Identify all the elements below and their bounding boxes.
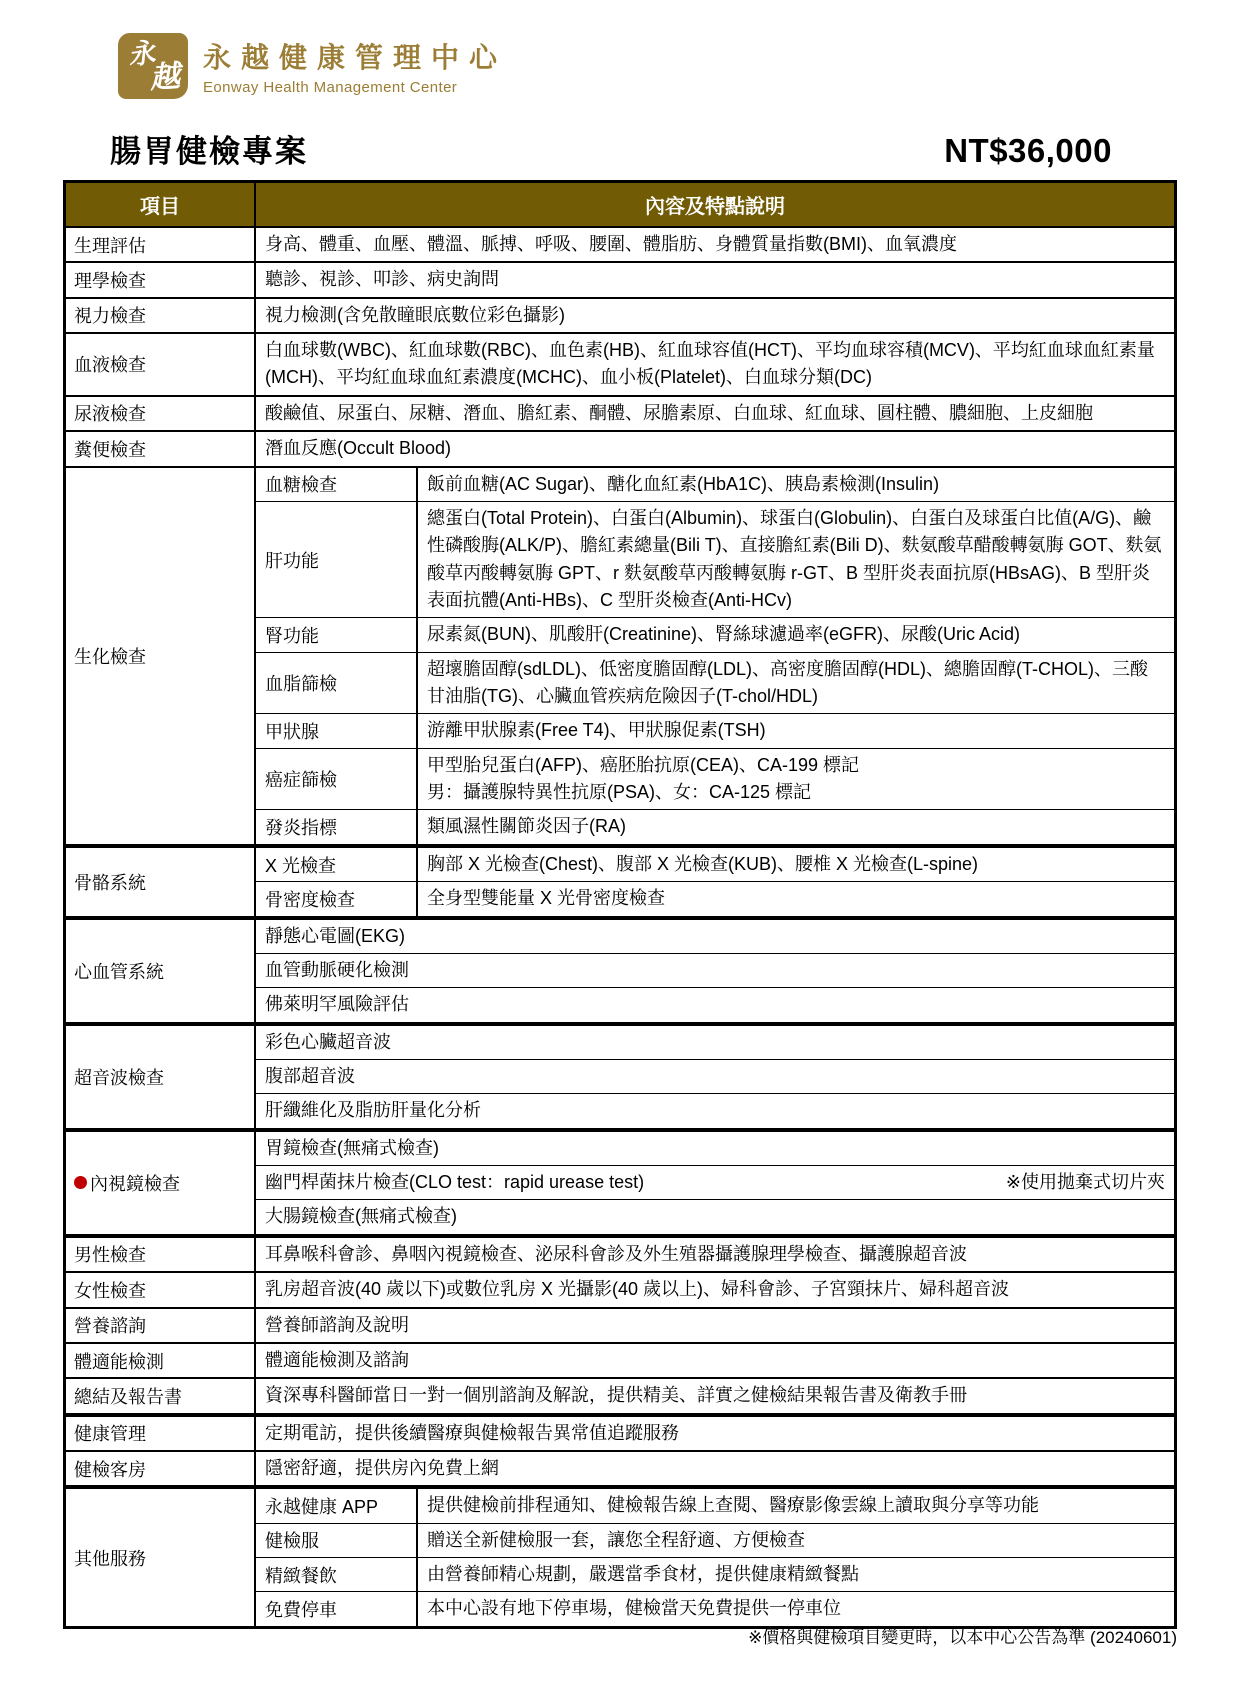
row-desc-cell: 體適能檢測及諮詢 (256, 1344, 1174, 1377)
row-sub-label: 永越健康 APP (256, 1489, 418, 1522)
table-section: 超音波檢查彩色心臟超音波腹部超音波肝纖維化及脂肪肝量化分析 (66, 1022, 1174, 1128)
table-row: 靜態心電圖(EKG) (256, 920, 1174, 953)
table-row: 胃鏡檢查(無痛式檢查) (256, 1132, 1174, 1165)
row-desc-cell: 總蛋白(Total Protein)、白蛋白(Albumin)、球蛋白(Glob… (418, 502, 1174, 617)
row-desc: 胸部 X 光檢查(Chest)、腹部 X 光檢查(KUB)、腰椎 X 光檢查(L… (427, 851, 978, 878)
row-desc: 靜態心電圖(EKG) (265, 923, 405, 950)
row-desc-cell: 靜態心電圖(EKG) (256, 920, 1174, 953)
section-rows: 靜態心電圖(EKG)血管動脈硬化檢測佛萊明罕風險評估 (256, 920, 1174, 1022)
table-section: 血液檢查白血球數(WBC)、紅血球數(RBC)、血色素(HB)、紅血球容值(HC… (66, 332, 1174, 395)
table-section: 糞便檢查潛血反應(Occult Blood) (66, 430, 1174, 465)
row-desc-cell: 幽門桿菌抹片檢查(CLO test：rapid urease test)※使用拋… (256, 1166, 1174, 1199)
section-label: 男性檢查 (66, 1238, 256, 1271)
table-section: 視力檢查視力檢測(含免散瞳眼底數位彩色攝影) (66, 297, 1174, 332)
section-label-text: 生化檢查 (74, 643, 146, 669)
row-desc: 由營養師精心規劃，嚴選當季食材，提供健康精緻餐點 (427, 1561, 859, 1588)
section-label-text: 心血管系統 (74, 958, 164, 984)
section-label: 糞便檢查 (66, 432, 256, 465)
row-desc: 贈送全新健檢服一套，讓您全程舒適、方便檢查 (427, 1527, 805, 1554)
table-row: 甲狀腺游離甲狀腺素(Free T4)、甲狀腺促素(TSH) (256, 713, 1174, 747)
table-row: 精緻餐飲由營養師精心規劃，嚴選當季食材，提供健康精緻餐點 (256, 1557, 1174, 1591)
section-rows: 血糖檢查飯前血糖(AC Sugar)、醣化血紅素(HbA1C)、胰島素檢測(In… (256, 468, 1174, 844)
row-sub-label: 癌症篩檢 (256, 749, 418, 810)
section-rows: X 光檢查胸部 X 光檢查(Chest)、腹部 X 光檢查(KUB)、腰椎 X … (256, 848, 1174, 916)
table-row: 癌症篩檢甲型胎兒蛋白(AFP)、癌胚胎抗原(CEA)、CA-199 標記 男：攝… (256, 748, 1174, 810)
row-desc: 白血球數(WBC)、紅血球數(RBC)、血色素(HB)、紅血球容值(HCT)、平… (265, 337, 1165, 392)
section-rows: 永越健康 APP提供健檢前排程通知、健檢報告線上查閱、醫療影像雲線上讀取與分享等… (256, 1489, 1174, 1625)
row-sub-label: 甲狀腺 (256, 714, 418, 747)
table-body: 生理評估身高、體重、血壓、體溫、脈搏、呼吸、腰圍、體脂肪、身體質量指數(BMI)… (66, 226, 1174, 1626)
row-desc: 提供健檢前排程通知、健檢報告線上查閱、醫療影像雲線上讀取與分享等功能 (427, 1492, 1039, 1519)
row-desc: 胃鏡檢查(無痛式檢查) (265, 1135, 439, 1162)
table-row: 發炎指標類風濕性關節炎因子(RA) (256, 809, 1174, 843)
section-rows: 營養師諮詢及說明 (256, 1309, 1174, 1342)
row-desc-cell: 尿素氮(BUN)、肌酸肝(Creatinine)、腎絲球濾過率(eGFR)、尿酸… (418, 618, 1174, 651)
row-sub-label: X 光檢查 (256, 848, 418, 881)
section-label: 理學檢查 (66, 263, 256, 296)
table-section: 內視鏡檢查胃鏡檢查(無痛式檢查)幽門桿菌抹片檢查(CLO test：rapid … (66, 1128, 1174, 1234)
section-label-text: 健康管理 (74, 1420, 146, 1446)
table-row: 彩色心臟超音波 (256, 1026, 1174, 1059)
row-desc-cell: 類風濕性關節炎因子(RA) (418, 810, 1174, 843)
row-desc: 彩色心臟超音波 (265, 1029, 391, 1056)
section-label: 骨骼系統 (66, 848, 256, 916)
table-section: 營養諮詢營養師諮詢及說明 (66, 1307, 1174, 1342)
section-label: 營養諮詢 (66, 1309, 256, 1342)
row-desc-cell: 由營養師精心規劃，嚴選當季食材，提供健康精緻餐點 (418, 1558, 1174, 1591)
section-label-text: 男性檢查 (74, 1241, 146, 1267)
row-desc-cell: 白血球數(WBC)、紅血球數(RBC)、血色素(HB)、紅血球容值(HCT)、平… (256, 334, 1174, 395)
row-desc-cell: 聽診、視診、叩診、病史詢問 (256, 263, 1174, 296)
section-label-text: 女性檢查 (74, 1277, 146, 1303)
section-rows: 隱密舒適，提供房內免費上網 (256, 1452, 1174, 1485)
row-desc-cell: 身高、體重、血壓、體溫、脈搏、呼吸、腰圍、體脂肪、身體質量指數(BMI)、血氧濃… (256, 228, 1174, 261)
table-row: 骨密度檢查全身型雙能量 X 光骨密度檢查 (256, 881, 1174, 915)
red-dot-icon (74, 1176, 87, 1189)
row-desc-cell: 乳房超音波(40 歲以下)或數位乳房 X 光攝影(40 歲以上)、婦科會診、子宮… (256, 1273, 1174, 1306)
section-label-text: 超音波檢查 (74, 1064, 164, 1090)
row-desc: 本中心設有地下停車場，健檢當天免費提供一停車位 (427, 1595, 841, 1622)
checkup-table: 項目 內容及特點說明 生理評估身高、體重、血壓、體溫、脈搏、呼吸、腰圍、體脂肪、… (63, 180, 1177, 1629)
table-row: 肝功能總蛋白(Total Protein)、白蛋白(Albumin)、球蛋白(G… (256, 501, 1174, 617)
row-desc: 尿素氮(BUN)、肌酸肝(Creatinine)、腎絲球濾過率(eGFR)、尿酸… (427, 621, 1020, 648)
row-desc-cell: 全身型雙能量 X 光骨密度檢查 (418, 882, 1174, 915)
section-label: 心血管系統 (66, 920, 256, 1022)
page-title: 腸胃健檢專案 (110, 126, 308, 171)
table-section: 體適能檢測體適能檢測及諮詢 (66, 1342, 1174, 1377)
row-desc-cell: 彩色心臟超音波 (256, 1026, 1174, 1059)
table-row: 耳鼻喉科會診、鼻咽內視鏡檢查、泌尿科會診及外生殖器攝護腺理學檢查、攝護腺超音波 (256, 1238, 1174, 1271)
section-label-text: 糞便檢查 (74, 436, 146, 462)
table-row: X 光檢查胸部 X 光檢查(Chest)、腹部 X 光檢查(KUB)、腰椎 X … (256, 848, 1174, 881)
section-rows: 身高、體重、血壓、體溫、脈搏、呼吸、腰圍、體脂肪、身體質量指數(BMI)、血氧濃… (256, 228, 1174, 261)
table-row: 身高、體重、血壓、體溫、脈搏、呼吸、腰圍、體脂肪、身體質量指數(BMI)、血氧濃… (256, 228, 1174, 261)
section-label-text: 健檢客房 (74, 1456, 146, 1482)
section-label-text: 尿液檢查 (74, 400, 146, 426)
section-label: 視力檢查 (66, 299, 256, 332)
section-rows: 潛血反應(Occult Blood) (256, 432, 1174, 465)
section-rows: 聽診、視診、叩診、病史詢問 (256, 263, 1174, 296)
row-desc: 類風濕性關節炎因子(RA) (427, 813, 626, 840)
row-desc-cell: 視力檢測(含免散瞳眼底數位彩色攝影) (256, 299, 1174, 332)
section-label: 健檢客房 (66, 1452, 256, 1485)
table-section: 尿液檢查酸鹼值、尿蛋白、尿糖、潛血、膽紅素、酮體、尿膽素原、白血球、紅血球、圓柱… (66, 395, 1174, 430)
row-desc-cell: 游離甲狀腺素(Free T4)、甲狀腺促素(TSH) (418, 714, 1174, 747)
section-label: 女性檢查 (66, 1273, 256, 1306)
section-label: 血液檢查 (66, 334, 256, 395)
section-rows: 乳房超音波(40 歲以下)或數位乳房 X 光攝影(40 歲以上)、婦科會診、子宮… (256, 1273, 1174, 1306)
table-section: 其他服務永越健康 APP提供健檢前排程通知、健檢報告線上查閱、醫療影像雲線上讀取… (66, 1485, 1174, 1625)
row-desc: 游離甲狀腺素(Free T4)、甲狀腺促素(TSH) (427, 717, 766, 744)
section-label: 生理評估 (66, 228, 256, 261)
table-section: 男性檢查耳鼻喉科會診、鼻咽內視鏡檢查、泌尿科會診及外生殖器攝護腺理學檢查、攝護腺… (66, 1234, 1174, 1271)
table-row: 血糖檢查飯前血糖(AC Sugar)、醣化血紅素(HbA1C)、胰島素檢測(In… (256, 468, 1174, 501)
row-desc: 潛血反應(Occult Blood) (265, 435, 451, 462)
row-desc: 資深專科醫師當日一對一個別諮詢及解說，提供精美、詳實之健檢結果報告書及衛教手冊 (265, 1382, 967, 1409)
row-desc-cell: 胸部 X 光檢查(Chest)、腹部 X 光檢查(KUB)、腰椎 X 光檢查(L… (418, 848, 1174, 881)
row-desc-cell: 血管動脈硬化檢測 (256, 954, 1174, 987)
table-row: 永越健康 APP提供健檢前排程通知、健檢報告線上查閱、醫療影像雲線上讀取與分享等… (256, 1489, 1174, 1522)
row-desc: 甲型胎兒蛋白(AFP)、癌胚胎抗原(CEA)、CA-199 標記 男：攝護腺特異… (427, 752, 859, 807)
table-section: 理學檢查聽診、視診、叩診、病史詢問 (66, 261, 1174, 296)
row-desc: 總蛋白(Total Protein)、白蛋白(Albumin)、球蛋白(Glob… (427, 505, 1165, 614)
row-desc: 肝纖維化及脂肪肝量化分析 (265, 1097, 481, 1124)
section-label: 健康管理 (66, 1417, 256, 1450)
table-section: 健檢客房隱密舒適，提供房內免費上網 (66, 1450, 1174, 1485)
row-desc-cell: 胃鏡檢查(無痛式檢查) (256, 1132, 1174, 1165)
table-row: 肝纖維化及脂肪肝量化分析 (256, 1093, 1174, 1127)
row-desc: 耳鼻喉科會診、鼻咽內視鏡檢查、泌尿科會診及外生殖器攝護腺理學檢查、攝護腺超音波 (265, 1241, 967, 1268)
section-rows: 定期電訪，提供後續醫療與健檢報告異常值追蹤服務 (256, 1417, 1174, 1450)
section-rows: 白血球數(WBC)、紅血球數(RBC)、血色素(HB)、紅血球容值(HCT)、平… (256, 334, 1174, 395)
row-desc: 聽診、視診、叩診、病史詢問 (265, 266, 499, 293)
table-header-item: 項目 (66, 183, 256, 226)
row-desc-cell: 定期電訪，提供後續醫療與健檢報告異常值追蹤服務 (256, 1417, 1174, 1450)
section-label-text: 營養諮詢 (74, 1312, 146, 1338)
table-row: 免費停車本中心設有地下停車場，健檢當天免費提供一停車位 (256, 1591, 1174, 1625)
row-desc-cell: 佛萊明罕風險評估 (256, 988, 1174, 1021)
row-desc: 幽門桿菌抹片檢查(CLO test：rapid urease test) (265, 1169, 644, 1196)
row-desc: 身高、體重、血壓、體溫、脈搏、呼吸、腰圍、體脂肪、身體質量指數(BMI)、血氧濃… (265, 231, 957, 258)
table-row: 隱密舒適，提供房內免費上網 (256, 1452, 1174, 1485)
table-section: 生理評估身高、體重、血壓、體溫、脈搏、呼吸、腰圍、體脂肪、身體質量指數(BMI)… (66, 226, 1174, 261)
table-row: 腎功能尿素氮(BUN)、肌酸肝(Creatinine)、腎絲球濾過率(eGFR)… (256, 617, 1174, 651)
row-desc: 定期電訪，提供後續醫療與健檢報告異常值追蹤服務 (265, 1420, 679, 1447)
row-desc-cell: 贈送全新健檢服一套，讓您全程舒適、方便檢查 (418, 1524, 1174, 1557)
table-row: 幽門桿菌抹片檢查(CLO test：rapid urease test)※使用拋… (256, 1165, 1174, 1199)
row-desc-cell: 酸鹼值、尿蛋白、尿糖、潛血、膽紅素、酮體、尿膽素原、白血球、紅血球、圓柱體、膿細… (256, 397, 1174, 430)
row-sub-label: 免費停車 (256, 1592, 418, 1625)
row-note: ※使用拋棄式切片夾 (996, 1169, 1165, 1196)
title-row: 腸胃健檢專案 NT$36,000 (110, 126, 1112, 171)
section-label-text: 理學檢查 (74, 267, 146, 293)
section-label-text: 體適能檢測 (74, 1348, 164, 1374)
row-desc: 超壞膽固醇(sdLDL)、低密度膽固醇(LDL)、高密度膽固醇(HDL)、總膽固… (427, 656, 1165, 711)
row-desc-cell: 隱密舒適，提供房內免費上網 (256, 1452, 1174, 1485)
row-sub-label: 發炎指標 (256, 810, 418, 843)
section-label: 體適能檢測 (66, 1344, 256, 1377)
section-rows: 體適能檢測及諮詢 (256, 1344, 1174, 1377)
row-sub-label: 肝功能 (256, 502, 418, 617)
section-rows: 彩色心臟超音波腹部超音波肝纖維化及脂肪肝量化分析 (256, 1026, 1174, 1128)
table-section: 女性檢查乳房超音波(40 歲以下)或數位乳房 X 光攝影(40 歲以上)、婦科會… (66, 1271, 1174, 1306)
row-sub-label: 腎功能 (256, 618, 418, 651)
plan-price: NT$36,000 (944, 132, 1112, 170)
row-desc: 體適能檢測及諮詢 (265, 1347, 409, 1374)
section-label-text: 總結及報告書 (74, 1383, 182, 1409)
row-desc-cell: 大腸鏡檢查(無痛式檢查) (256, 1200, 1174, 1233)
row-sub-label: 血脂篩檢 (256, 653, 418, 714)
section-label: 生化檢查 (66, 468, 256, 844)
section-label-text: 視力檢查 (74, 302, 146, 328)
table-row: 白血球數(WBC)、紅血球數(RBC)、血色素(HB)、紅血球容值(HCT)、平… (256, 334, 1174, 395)
section-label: 尿液檢查 (66, 397, 256, 430)
table-row: 血脂篩檢超壞膽固醇(sdLDL)、低密度膽固醇(LDL)、高密度膽固醇(HDL)… (256, 652, 1174, 714)
table-row: 資深專科醫師當日一對一個別諮詢及解說，提供精美、詳實之健檢結果報告書及衛教手冊 (256, 1379, 1174, 1412)
row-sub-label: 精緻餐飲 (256, 1558, 418, 1591)
row-sub-label: 健檢服 (256, 1524, 418, 1557)
table-row: 佛萊明罕風險評估 (256, 987, 1174, 1021)
row-desc-cell: 提供健檢前排程通知、健檢報告線上查閱、醫療影像雲線上讀取與分享等功能 (418, 1489, 1174, 1522)
org-name-en: Eonway Health Management Center (203, 79, 507, 96)
footer-note: ※價格與健檢項目變更時，以本中心公告為準 (20240601) (748, 1623, 1177, 1648)
row-desc-cell: 超壞膽固醇(sdLDL)、低密度膽固醇(LDL)、高密度膽固醇(HDL)、總膽固… (418, 653, 1174, 714)
row-desc: 隱密舒適，提供房內免費上網 (265, 1455, 499, 1482)
table-section: 總結及報告書資深專科醫師當日一對一個別諮詢及解說，提供精美、詳實之健檢結果報告書… (66, 1377, 1174, 1412)
table-row: 健檢服贈送全新健檢服一套，讓您全程舒適、方便檢查 (256, 1523, 1174, 1557)
section-rows: 視力檢測(含免散瞳眼底數位彩色攝影) (256, 299, 1174, 332)
row-desc-cell: 肝纖維化及脂肪肝量化分析 (256, 1094, 1174, 1127)
section-label: 超音波檢查 (66, 1026, 256, 1128)
row-desc: 大腸鏡檢查(無痛式檢查) (265, 1203, 457, 1230)
row-desc: 全身型雙能量 X 光骨密度檢查 (427, 885, 665, 912)
row-desc: 營養師諮詢及說明 (265, 1312, 409, 1339)
table-row: 體適能檢測及諮詢 (256, 1344, 1174, 1377)
table-header-detail: 內容及特點說明 (256, 183, 1174, 226)
table-row: 大腸鏡檢查(無痛式檢查) (256, 1199, 1174, 1233)
row-desc: 飯前血糖(AC Sugar)、醣化血紅素(HbA1C)、胰島素檢測(Insuli… (427, 471, 939, 498)
row-desc: 佛萊明罕風險評估 (265, 991, 409, 1018)
section-label-text: 生理評估 (74, 232, 146, 258)
row-desc: 酸鹼值、尿蛋白、尿糖、潛血、膽紅素、酮體、尿膽素原、白血球、紅血球、圓柱體、膿細… (265, 400, 1093, 427)
row-desc-cell: 資深專科醫師當日一對一個別諮詢及解說，提供精美、詳實之健檢結果報告書及衛教手冊 (256, 1379, 1174, 1412)
row-desc-cell: 本中心設有地下停車場，健檢當天免費提供一停車位 (418, 1592, 1174, 1625)
section-label-text: 其他服務 (74, 1545, 146, 1571)
section-rows: 胃鏡檢查(無痛式檢查)幽門桿菌抹片檢查(CLO test：rapid ureas… (256, 1132, 1174, 1234)
row-desc-cell: 潛血反應(Occult Blood) (256, 432, 1174, 465)
table-row: 酸鹼值、尿蛋白、尿糖、潛血、膽紅素、酮體、尿膽素原、白血球、紅血球、圓柱體、膿細… (256, 397, 1174, 430)
section-label-text: 血液檢查 (74, 351, 146, 377)
table-row: 血管動脈硬化檢測 (256, 953, 1174, 987)
row-sub-label: 血糖檢查 (256, 468, 418, 501)
section-rows: 資深專科醫師當日一對一個別諮詢及解說，提供精美、詳實之健檢結果報告書及衛教手冊 (256, 1379, 1174, 1412)
table-section: 骨骼系統X 光檢查胸部 X 光檢查(Chest)、腹部 X 光檢查(KUB)、腰… (66, 844, 1174, 916)
row-sub-label: 骨密度檢查 (256, 882, 418, 915)
logo-seal-icon: 永 越 (118, 33, 188, 99)
table-section: 生化檢查血糖檢查飯前血糖(AC Sugar)、醣化血紅素(HbA1C)、胰島素檢… (66, 466, 1174, 844)
row-desc: 視力檢測(含免散瞳眼底數位彩色攝影) (265, 302, 565, 329)
org-names: 永越健康管理中心 Eonway Health Management Center (203, 36, 507, 96)
table-row: 腹部超音波 (256, 1059, 1174, 1093)
page: 永 越 永越健康管理中心 Eonway Health Management Ce… (0, 0, 1240, 1684)
row-desc-cell: 耳鼻喉科會診、鼻咽內視鏡檢查、泌尿科會診及外生殖器攝護腺理學檢查、攝護腺超音波 (256, 1238, 1174, 1271)
logo-seal-char: 越 (149, 62, 181, 94)
table-row: 視力檢測(含免散瞳眼底數位彩色攝影) (256, 299, 1174, 332)
org-name-cn: 永越健康管理中心 (203, 36, 507, 76)
row-desc: 腹部超音波 (265, 1063, 355, 1090)
table-row: 潛血反應(Occult Blood) (256, 432, 1174, 465)
section-rows: 酸鹼值、尿蛋白、尿糖、潛血、膽紅素、酮體、尿膽素原、白血球、紅血球、圓柱體、膿細… (256, 397, 1174, 430)
section-label: 內視鏡檢查 (66, 1132, 256, 1234)
row-desc-cell: 飯前血糖(AC Sugar)、醣化血紅素(HbA1C)、胰島素檢測(Insuli… (418, 468, 1174, 501)
table-section: 健康管理定期電訪，提供後續醫療與健檢報告異常值追蹤服務 (66, 1413, 1174, 1450)
row-desc: 乳房超音波(40 歲以下)或數位乳房 X 光攝影(40 歲以上)、婦科會診、子宮… (265, 1276, 1009, 1303)
logo: 永 越 永越健康管理中心 Eonway Health Management Ce… (118, 33, 507, 99)
row-desc: 血管動脈硬化檢測 (265, 957, 409, 984)
table-row: 聽診、視診、叩診、病史詢問 (256, 263, 1174, 296)
section-label: 其他服務 (66, 1489, 256, 1625)
section-label-text: 內視鏡檢查 (90, 1170, 180, 1196)
section-label-text: 骨骼系統 (74, 869, 146, 895)
row-desc-cell: 甲型胎兒蛋白(AFP)、癌胚胎抗原(CEA)、CA-199 標記 男：攝護腺特異… (418, 749, 1174, 810)
table-row: 乳房超音波(40 歲以下)或數位乳房 X 光攝影(40 歲以上)、婦科會診、子宮… (256, 1273, 1174, 1306)
row-desc-cell: 營養師諮詢及說明 (256, 1309, 1174, 1342)
table-section: 心血管系統靜態心電圖(EKG)血管動脈硬化檢測佛萊明罕風險評估 (66, 916, 1174, 1022)
table-row: 營養師諮詢及說明 (256, 1309, 1174, 1342)
table-header: 項目 內容及特點說明 (66, 183, 1174, 226)
table-row: 定期電訪，提供後續醫療與健檢報告異常值追蹤服務 (256, 1417, 1174, 1450)
section-label: 總結及報告書 (66, 1379, 256, 1412)
row-desc-cell: 腹部超音波 (256, 1060, 1174, 1093)
section-rows: 耳鼻喉科會診、鼻咽內視鏡檢查、泌尿科會診及外生殖器攝護腺理學檢查、攝護腺超音波 (256, 1238, 1174, 1271)
